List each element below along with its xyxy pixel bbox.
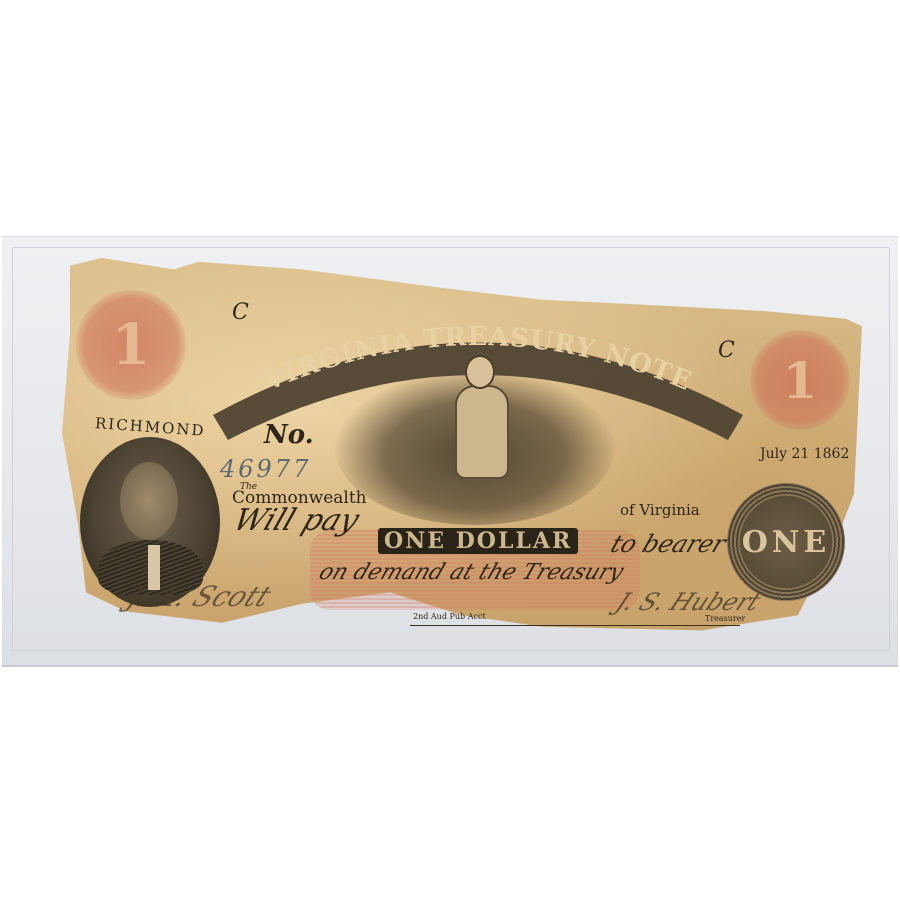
signature-right: J. S. Hubert [611,588,765,616]
to-bearer-text: to bearer [607,530,730,558]
denomination-label: ONE DOLLAR [378,528,578,554]
corner-numeral-right: 1 [783,351,818,410]
treasurer-label: Treasurer [705,614,745,623]
signature-line [410,625,740,626]
will-pay-text: Will pay [229,503,364,538]
of-virginia-label: of Virginia [620,501,700,519]
on-demand-text: on demand at the Treasury [315,560,627,585]
allegorical-figure-body [455,385,509,479]
one-seal: ONE [727,483,845,601]
serial-number: 46977 [220,455,311,483]
corner-numeral-left: 1 [112,312,151,378]
portrait-face [120,462,178,540]
plate-letter-right: C [718,338,735,363]
signature-left: J. A. Scott [122,580,276,613]
red-corner-numeral-left: 1 [76,290,186,400]
number-label: No. [264,420,314,450]
auditor-label: 2nd Aud Pub Acct [413,612,486,621]
red-corner-numeral-right: 1 [750,330,850,430]
issue-date: July 21 1862 [760,446,849,462]
allegorical-figure-head [465,355,495,389]
seal-text: ONE [742,525,830,560]
plate-letter-left: C [232,300,249,325]
